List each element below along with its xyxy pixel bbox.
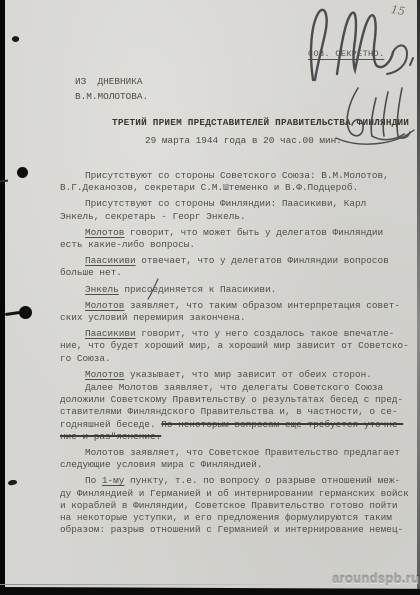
scan-edge-left — [0, 0, 5, 595]
paragraph-attendees-ussr: Присутствуют со стороны Советского Союза… — [60, 170, 416, 194]
paragraph-delegates-report: Далее Молотов заявляет, что делегаты Сов… — [60, 382, 416, 443]
paragraph-paasikivi-impression: Паасикиви говорит, что у него создалось … — [60, 328, 416, 365]
scan-edge-bottom-line — [0, 584, 300, 585]
paragraph-paasikivi-answer: Паасикиви отвечает, что у делегатов Финл… — [60, 255, 416, 279]
source-line-2: В.М.МОЛОТОВА. — [75, 91, 148, 102]
paragraph-molotov-question: Молотов говорит, что может быть у делега… — [60, 227, 416, 251]
paragraph-peace-terms-offer: Молотов заявляет, что Советское Правител… — [60, 447, 416, 471]
scanned-document-page: СОВ. СЕКРЕТНО. ИЗ ДНЕВНИКАВ.М.МОЛОТОВА. … — [0, 0, 420, 595]
ink-speck — [11, 35, 20, 43]
source-header: ИЗ ДНЕВНИКАВ.М.МОЛОТОВА. — [75, 74, 148, 104]
punch-hole-smudge — [5, 311, 20, 316]
source-line-1: ИЗ ДНЕВНИКА — [75, 76, 143, 87]
handwritten-initials-icon — [330, 82, 420, 144]
scan-edge-bottom — [0, 587, 420, 595]
pen-dash — [0, 180, 8, 183]
paragraph-molotov-interpretation: Молотов заявляет, что таким образом инте… — [60, 300, 416, 324]
document-date-line: 29 марта 1944 года в 20 час.00 мин. — [145, 135, 342, 146]
punch-hole — [19, 306, 32, 319]
watermark: aroundspb.ru — [332, 571, 419, 586]
paragraph-molotov-both-sides: Молотов указывает, что мир зависит от об… — [60, 369, 416, 381]
paragraph-point-one: По 1-му пункту, т.е. по вопросу о разрыв… — [60, 475, 416, 536]
paragraph-enkel-joins: Энкель присоединяется к Паасикиви. — [60, 284, 416, 296]
punch-hole — [17, 167, 28, 178]
document-body: Присутствуют со стороны Советского Союза… — [60, 170, 416, 536]
paragraph-attendees-finland: Присутствуют со стороны Финляндии: Пааси… — [60, 198, 416, 222]
signature-ink-icon — [295, 2, 420, 87]
ink-speck — [8, 479, 18, 486]
